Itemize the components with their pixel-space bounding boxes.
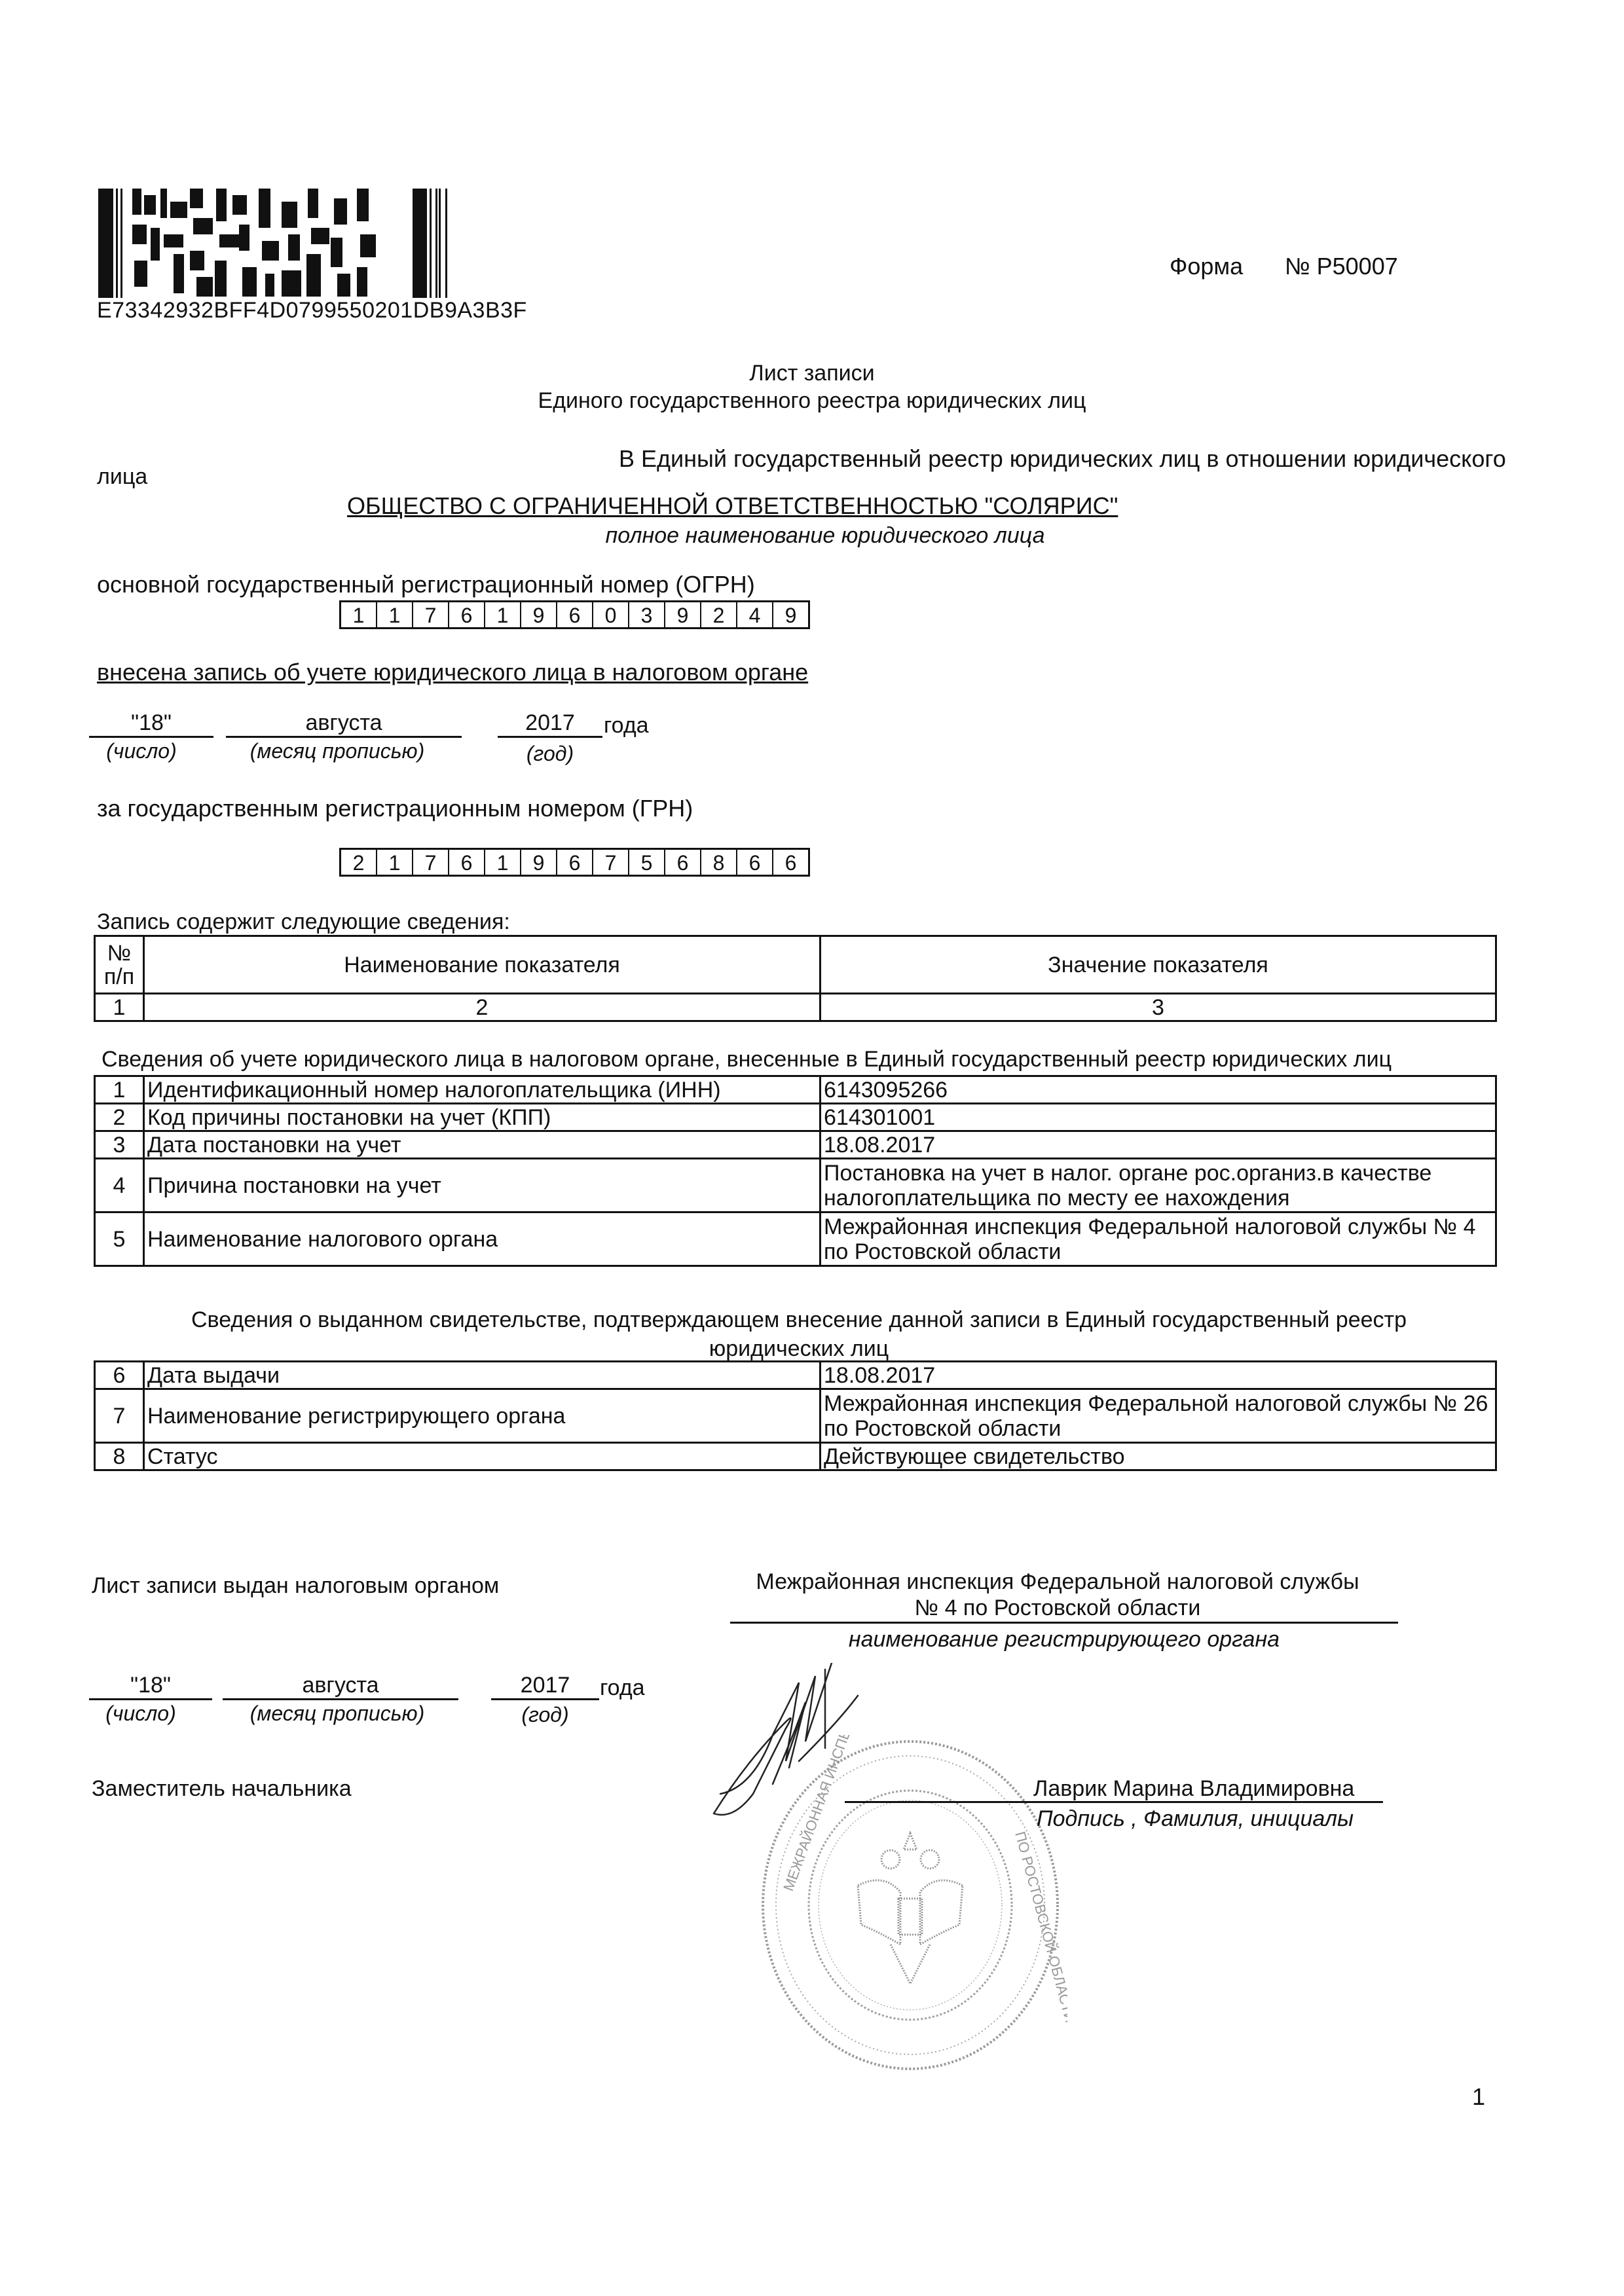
table-row: 3 Дата постановки на учет 18.08.2017 bbox=[95, 1131, 1496, 1159]
contents-label: Запись содержит следующие сведения: bbox=[97, 909, 510, 935]
row-value: Межрайонная инспекция Федеральной налого… bbox=[821, 1389, 1496, 1443]
certificate-section-title-cont: юридических лиц bbox=[98, 1336, 1500, 1362]
grn-label: за государственным регистрационным номер… bbox=[97, 795, 693, 822]
row-value: 18.08.2017 bbox=[821, 1362, 1496, 1389]
authority-underline bbox=[730, 1622, 1398, 1624]
ogrn-digit: 9 bbox=[521, 602, 557, 627]
ogrn-label: основной государственный регистрационный… bbox=[97, 571, 755, 598]
ogrn-digit: 6 bbox=[557, 602, 593, 627]
issued-year: 2017 bbox=[491, 1672, 599, 1700]
header-col-number-sign: № bbox=[96, 941, 143, 965]
tax-table: 1 Идентификационный номер налогоплательщ… bbox=[94, 1075, 1497, 1267]
header-table: № п/п Наименование показателя Значение п… bbox=[94, 935, 1497, 1022]
grn-digit: 6 bbox=[665, 850, 701, 875]
ogrn-digit: 9 bbox=[665, 602, 701, 627]
table-row: 8 Статус Действующее свидетельство bbox=[95, 1443, 1496, 1470]
form-number: № Р50007 bbox=[1285, 253, 1398, 280]
barcode-code: E73342932BFF4D0799550201DB9A3B3F bbox=[97, 298, 527, 323]
row-number: 1 bbox=[95, 1076, 144, 1104]
ogrn-digit: 6 bbox=[449, 602, 485, 627]
signature-caption: Подпись , Фамилия, инициалы bbox=[1037, 1806, 1354, 1832]
grn-digit: 7 bbox=[413, 850, 449, 875]
header-col-value: Значение показателя bbox=[821, 936, 1496, 994]
issued-month-caption: (месяц прописью) bbox=[223, 1701, 452, 1726]
intro-text: В Единый государственный реестр юридичес… bbox=[619, 445, 1506, 473]
record-year-caption: (год) bbox=[498, 741, 602, 766]
issued-year-suffix: года bbox=[600, 1675, 645, 1701]
issued-day: "18" bbox=[89, 1672, 212, 1700]
ogrn-digits: 1 1 7 6 1 9 6 0 3 9 2 4 9 bbox=[339, 600, 810, 629]
ogrn-digit: 1 bbox=[341, 602, 377, 627]
ogrn-digit: 1 bbox=[485, 602, 521, 627]
tax-section-title: Сведения об учете юридического лица в на… bbox=[101, 1046, 1392, 1072]
header-col-number-pp: п/п bbox=[96, 965, 143, 989]
grn-digit: 7 bbox=[593, 850, 629, 875]
entity-name-caption: полное наименование юридического лица bbox=[458, 522, 1192, 549]
row-number: 3 bbox=[95, 1131, 144, 1159]
table-row: 5 Наименование налогового органа Межрайо… bbox=[95, 1212, 1496, 1266]
grn-digit: 1 bbox=[485, 850, 521, 875]
grn-digit: 6 bbox=[773, 850, 808, 875]
ogrn-digit: 4 bbox=[737, 602, 773, 627]
ogrn-digit: 7 bbox=[413, 602, 449, 627]
row-name: Причина постановки на учет bbox=[144, 1159, 821, 1212]
grn-digit: 1 bbox=[377, 850, 413, 875]
record-statement: внесена запись об учете юридического лиц… bbox=[97, 659, 808, 686]
row-value: 6143095266 bbox=[821, 1076, 1496, 1104]
document-title: Лист записи bbox=[655, 360, 969, 386]
header-index-1: 1 bbox=[95, 994, 144, 1021]
row-number: 2 bbox=[95, 1104, 144, 1131]
intro-text-cont: лица bbox=[97, 464, 147, 490]
issuing-authority: Межрайонная инспекция Федеральной налого… bbox=[727, 1569, 1388, 1595]
row-name: Дата постановки на учет bbox=[144, 1131, 821, 1159]
grn-digit: 6 bbox=[737, 850, 773, 875]
table-row: 1 Идентификационный номер налогоплательщ… bbox=[95, 1076, 1496, 1104]
grn-digit: 2 bbox=[341, 850, 377, 875]
row-number: 6 bbox=[95, 1362, 144, 1389]
row-number: 8 bbox=[95, 1443, 144, 1470]
row-value: Межрайонная инспекция Федеральной налого… bbox=[821, 1212, 1496, 1266]
signatory-name: Лаврик Марина Владимировна bbox=[1033, 1776, 1354, 1802]
table-row: 2 Код причины постановки на учет (КПП) 6… bbox=[95, 1104, 1496, 1131]
ogrn-digit: 3 bbox=[629, 602, 665, 627]
barcode-image bbox=[98, 189, 475, 298]
row-value: Действующее свидетельство bbox=[821, 1443, 1496, 1470]
row-number: 4 bbox=[95, 1159, 144, 1212]
header-col-name: Наименование показателя bbox=[144, 936, 821, 994]
row-value: 18.08.2017 bbox=[821, 1131, 1496, 1159]
record-month: августа bbox=[226, 710, 462, 738]
row-name: Дата выдачи bbox=[144, 1362, 821, 1389]
record-day-caption: (число) bbox=[89, 738, 194, 763]
issued-year-caption: (год) bbox=[491, 1702, 599, 1727]
grn-digit: 8 bbox=[701, 850, 737, 875]
row-number: 7 bbox=[95, 1389, 144, 1443]
grn-digit: 6 bbox=[557, 850, 593, 875]
certificate-table: 6 Дата выдачи 18.08.2017 7 Наименование … bbox=[94, 1360, 1497, 1471]
authority-caption: наименование регистрирующего органа bbox=[727, 1626, 1401, 1652]
record-month-caption: (месяц прописью) bbox=[226, 738, 449, 763]
row-value: 614301001 bbox=[821, 1104, 1496, 1131]
form-label: Форма bbox=[1170, 253, 1243, 280]
table-row: 4 Причина постановки на учет Постановка … bbox=[95, 1159, 1496, 1212]
row-number: 5 bbox=[95, 1212, 144, 1266]
table-row: 7 Наименование регистрирующего органа Ме… bbox=[95, 1389, 1496, 1443]
record-year-suffix: года bbox=[604, 712, 649, 738]
ogrn-digit: 2 bbox=[701, 602, 737, 627]
entity-full-name: ОБЩЕСТВО С ОГРАНИЧЕННОЙ ОТВЕТСТВЕННОСТЬЮ… bbox=[347, 492, 1118, 520]
row-name: Код причины постановки на учет (КПП) bbox=[144, 1104, 821, 1131]
issuing-authority-cont: № 4 по Ростовской области bbox=[727, 1595, 1388, 1621]
certificate-section-title: Сведения о выданном свидетельстве, подтв… bbox=[98, 1307, 1500, 1333]
ogrn-digit: 1 bbox=[377, 602, 413, 627]
row-name: Статус bbox=[144, 1443, 821, 1470]
grn-digit: 6 bbox=[449, 850, 485, 875]
grn-digit: 9 bbox=[521, 850, 557, 875]
page-number: 1 bbox=[1472, 2083, 1485, 2111]
issued-day-caption: (число) bbox=[92, 1701, 190, 1726]
issued-month: августа bbox=[223, 1672, 458, 1700]
header-index-2: 2 bbox=[144, 994, 821, 1021]
record-day: "18" bbox=[89, 710, 213, 738]
table-row: 6 Дата выдачи 18.08.2017 bbox=[95, 1362, 1496, 1389]
row-name: Наименование регистрирующего органа bbox=[144, 1389, 821, 1443]
issued-label: Лист записи выдан налоговым органом bbox=[92, 1573, 499, 1599]
grn-digit: 5 bbox=[629, 850, 665, 875]
ogrn-digit: 9 bbox=[773, 602, 808, 627]
row-name: Наименование налогового органа bbox=[144, 1212, 821, 1266]
signature-underline bbox=[845, 1801, 1383, 1803]
header-col-number: № п/п bbox=[95, 936, 144, 994]
header-index-3: 3 bbox=[821, 994, 1496, 1021]
ogrn-digit: 0 bbox=[593, 602, 629, 627]
row-name: Идентификационный номер налогоплательщик… bbox=[144, 1076, 821, 1104]
signatory-position: Заместитель начальника bbox=[92, 1776, 352, 1802]
handwritten-signature bbox=[707, 1663, 1048, 1944]
row-value: Постановка на учет в налог. органе рос.о… bbox=[821, 1159, 1496, 1212]
grn-digits: 2 1 7 6 1 9 6 7 5 6 8 6 6 bbox=[339, 848, 810, 877]
record-year: 2017 bbox=[498, 710, 602, 738]
document-subtitle: Единого государственного реестра юридиче… bbox=[458, 388, 1166, 414]
